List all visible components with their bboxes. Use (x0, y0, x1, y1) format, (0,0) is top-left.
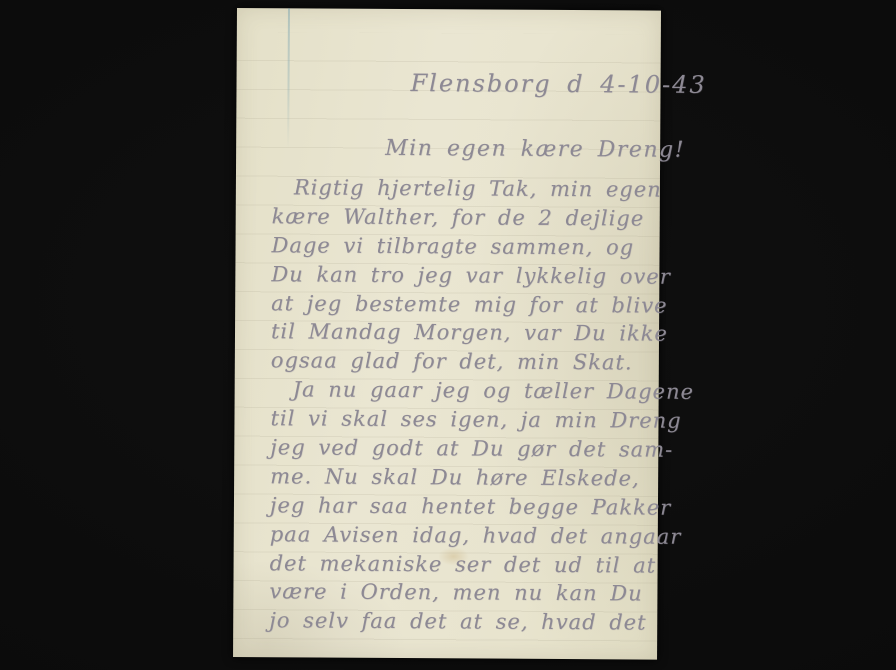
letter-line: det mekaniske ser det ud til at (270, 549, 652, 580)
letter-page: Flensborg d 4-10-43 Min egen kære Dreng!… (233, 8, 661, 660)
letter-dateline: Flensborg d 4-10-43 (410, 69, 706, 99)
letter-line: til vi skal ses igen, ja min Dreng (270, 404, 652, 435)
letter-line: at jeg bestemte mig for at blive (271, 289, 653, 320)
letter-line: Du kan tro jeg var lykkelig over (271, 260, 653, 291)
letter-line: Ja nu gaar jeg og tæller Dagene (271, 375, 653, 406)
letter-salutation: Min egen kære Dreng! (385, 136, 685, 163)
photo-background: Flensborg d 4-10-43 Min egen kære Dreng!… (0, 0, 896, 670)
letter-line: ogsaa glad for det, min Skat. (271, 347, 653, 378)
margin-line (287, 8, 290, 148)
letter-line: kære Walther, for de 2 dejlige (272, 202, 654, 233)
letter-line: være i Orden, men nu kan Du (269, 578, 651, 609)
letter-line: jeg ved godt at Du gør det sam- (270, 433, 652, 464)
letter-line: til Mandag Morgen, var Du ikke (271, 318, 653, 349)
letter-line: Rigtig hjertelig Tak, min egen (272, 173, 654, 204)
letter-line: me. Nu skal Du høre Elskede, (270, 462, 652, 493)
letter-line: paa Avisen idag, hvad det angaar (270, 520, 652, 551)
letter-line: jeg har saa hentet begge Pakker (270, 491, 652, 522)
letter-line: Dage vi tilbragte sammen, og (271, 231, 653, 262)
letter-line: jo selv faa det at se, hvad det (269, 607, 651, 638)
letter-body: Rigtig hjertelig Tak, min egen kære Walt… (269, 173, 654, 638)
